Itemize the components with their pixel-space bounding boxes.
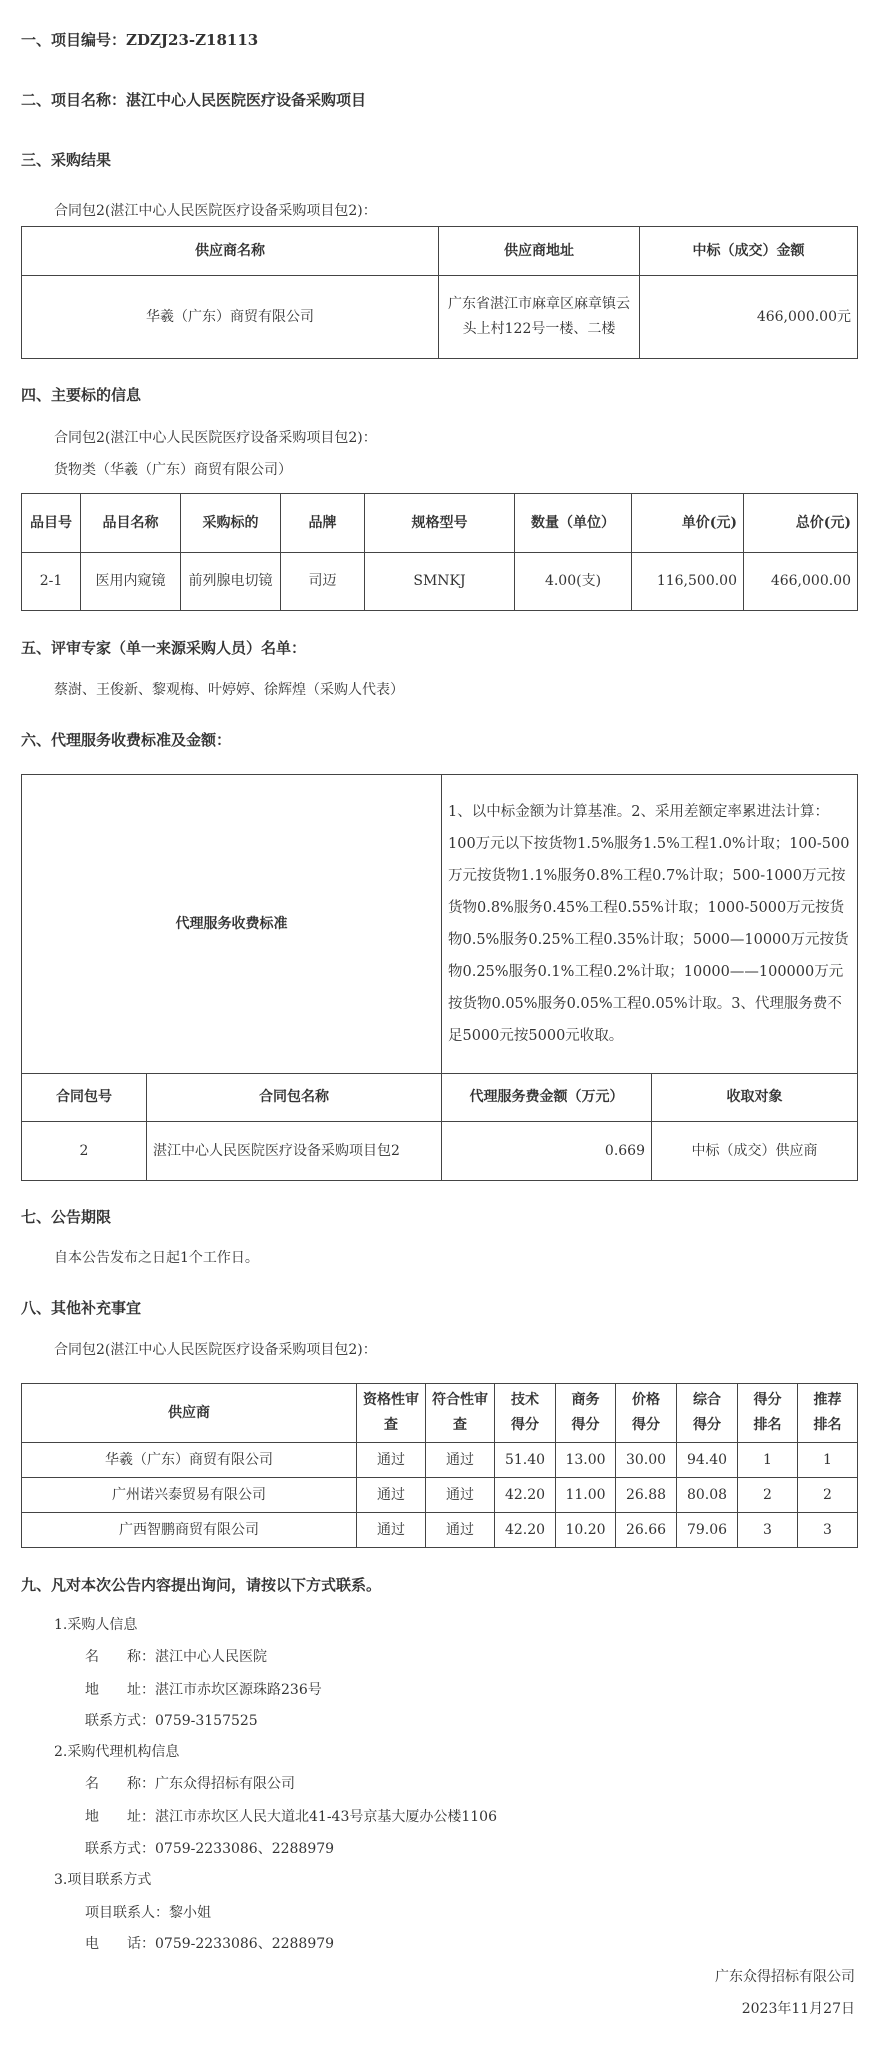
col-unit-price: 单价(元) — [632, 494, 744, 553]
address-label: 地 址： — [85, 1682, 155, 1698]
score-rank: 3 — [738, 1513, 798, 1548]
package-label: 合同包2(湛江中心人民医院医疗设备采购项目包2)： — [54, 1340, 377, 1360]
fee-standard-text: 1、以中标金额为计算基准。2、采用差额定率累进法计算：100万元以下按货物1.5… — [442, 775, 858, 1074]
signature-date: 2023年11月27日 — [742, 1999, 855, 2019]
phone-value: 0759-2233086、2288979 — [155, 1936, 334, 1952]
conformity: 通过 — [426, 1513, 495, 1548]
col-award-amount: 中标（成交）金额 — [640, 227, 858, 276]
package-label: 合同包2(湛江中心人民医院医疗设备采购项目包2)： — [54, 201, 377, 221]
agency-name: 名 称：广东众得招标有限公司 — [85, 1774, 295, 1794]
biz-score: 11.00 — [556, 1478, 616, 1513]
notice-period-text: 自本公告发布之日起1个工作日。 — [54, 1248, 259, 1268]
award-amount: 466,000.00元 — [640, 276, 858, 359]
project-number-heading: 一、项目编号：ZDZJ23-Z18113 — [21, 30, 258, 50]
fee-amount: 0.669 — [442, 1122, 652, 1181]
col-biz-score: 商务得分 — [556, 1384, 616, 1443]
table-header-row: 品目号 品目名称 采购标的 品牌 规格型号 数量（单位） 单价(元) 总价(元) — [22, 494, 858, 553]
name-value: 广东众得招标有限公司 — [155, 1776, 295, 1792]
total-score: 80.08 — [677, 1478, 738, 1513]
subject-table: 品目号 品目名称 采购标的 品牌 规格型号 数量（单位） 单价(元) 总价(元)… — [21, 493, 858, 611]
payer: 中标（成交）供应商 — [652, 1122, 858, 1181]
supplier-address: 广东省湛江市麻章区麻章镇云头上村122号一楼、二楼 — [439, 276, 640, 359]
supplier-name: 华羲（广东）商贸有限公司 — [22, 276, 439, 359]
brand: 司迈 — [281, 553, 365, 611]
phone-label: 电 话： — [85, 1936, 155, 1952]
qualification: 通过 — [357, 1443, 426, 1478]
fee-standard-table: 代理服务收费标准 1、以中标金额为计算基准。2、采用差额定率累进法计算：100万… — [21, 774, 858, 1181]
name-label: 名 称： — [85, 1776, 155, 1792]
model: SMNKJ — [365, 553, 515, 611]
conformity: 通过 — [426, 1443, 495, 1478]
total-score: 79.06 — [677, 1513, 738, 1548]
col-brand: 品牌 — [281, 494, 365, 553]
col-model: 规格型号 — [365, 494, 515, 553]
table-row: 广西智鹏商贸有限公司 通过 通过 42.20 10.20 26.66 79.06… — [22, 1513, 858, 1548]
price-score: 26.66 — [616, 1513, 677, 1548]
contact-label: 联系方式： — [85, 1841, 155, 1857]
signature-company: 广东众得招标有限公司 — [715, 1967, 855, 1987]
col-item-no: 品目号 — [22, 494, 81, 553]
package-name: 湛江中心人民医院医疗设备采购项目包2 — [147, 1122, 442, 1181]
purchaser-contact: 联系方式：0759-3157525 — [85, 1711, 258, 1731]
col-qualification: 资格性审查 — [357, 1384, 426, 1443]
supplier: 华羲（广东）商贸有限公司 — [22, 1443, 357, 1478]
table-row: 华羲（广东）商贸有限公司 通过 通过 51.40 13.00 30.00 94.… — [22, 1443, 858, 1478]
col-supplier-address: 供应商地址 — [439, 227, 640, 276]
total-score: 94.40 — [677, 1443, 738, 1478]
procurement-result-heading: 三、采购结果 — [21, 150, 111, 170]
subject: 前列腺电切镜 — [181, 553, 281, 611]
col-item-name: 品目名称 — [81, 494, 181, 553]
qualification: 通过 — [357, 1478, 426, 1513]
person-value: 黎小姐 — [169, 1905, 211, 1921]
address-value: 湛江市赤坎区人民大道北41-43号京基大厦办公楼1106 — [155, 1809, 497, 1825]
agency-info-title: 2.采购代理机构信息 — [54, 1742, 179, 1762]
table-row: 2-1 医用内窥镜 前列腺电切镜 司迈 SMNKJ 4.00(支) 116,50… — [22, 553, 858, 611]
table-header-row: 供应商名称 供应商地址 中标（成交）金额 — [22, 227, 858, 276]
item-name: 医用内窥镜 — [81, 553, 181, 611]
price-score: 30.00 — [616, 1443, 677, 1478]
table-header-row: 合同包号 合同包名称 代理服务费金额（万元） 收取对象 — [22, 1074, 858, 1122]
fee-standard-row: 代理服务收费标准 1、以中标金额为计算基准。2、采用差额定率累进法计算：100万… — [22, 775, 858, 1074]
address-value: 湛江市赤坎区源珠路236号 — [155, 1682, 322, 1698]
supplier: 广州诺兴泰贸易有限公司 — [22, 1478, 357, 1513]
project-name-heading: 二、项目名称：湛江中心人民医院医疗设备采购项目 — [21, 90, 366, 110]
col-recommend-rank: 推荐排名 — [798, 1384, 858, 1443]
price-score: 26.88 — [616, 1478, 677, 1513]
col-fee-amount: 代理服务费金额（万元） — [442, 1074, 652, 1122]
contact-heading: 九、凡对本次公告内容提出询问，请按以下方式联系。 — [21, 1575, 381, 1595]
contact-value: 0759-3157525 — [155, 1713, 258, 1729]
supplier: 广西智鹏商贸有限公司 — [22, 1513, 357, 1548]
col-payer: 收取对象 — [652, 1074, 858, 1122]
tech-score: 51.40 — [495, 1443, 556, 1478]
purchaser-info-title: 1.采购人信息 — [54, 1615, 137, 1635]
col-price-score: 价格得分 — [616, 1384, 677, 1443]
package-no: 2 — [22, 1122, 147, 1181]
item-no: 2-1 — [22, 553, 81, 611]
col-package-no: 合同包号 — [22, 1074, 147, 1122]
name-value: 湛江中心人民医院 — [155, 1649, 267, 1665]
expert-names: 蔡澍、王俊新、黎观梅、叶婷婷、徐辉煌（采购人代表） — [54, 680, 404, 700]
table-header-row: 供应商 资格性审查 符合性审查 技术得分 商务得分 价格得分 综合得分 得分排名… — [22, 1384, 858, 1443]
recommend-rank: 3 — [798, 1513, 858, 1548]
person-label: 项目联系人： — [85, 1905, 169, 1921]
tech-score: 42.20 — [495, 1478, 556, 1513]
evaluation-table: 供应商 资格性审查 符合性审查 技术得分 商务得分 价格得分 综合得分 得分排名… — [21, 1383, 858, 1548]
table-row: 广州诺兴泰贸易有限公司 通过 通过 42.20 11.00 26.88 80.0… — [22, 1478, 858, 1513]
fee-standard-label: 代理服务收费标准 — [22, 775, 442, 1074]
project-contact-phone: 电 话：0759-2233086、2288979 — [85, 1934, 334, 1954]
conformity: 通过 — [426, 1478, 495, 1513]
package-label: 合同包2(湛江中心人民医院医疗设备采购项目包2)： — [54, 428, 377, 448]
recommend-rank: 1 — [798, 1443, 858, 1478]
notice-period-heading: 七、公告期限 — [21, 1207, 111, 1227]
other-matters-heading: 八、其他补充事宜 — [21, 1298, 141, 1318]
category-label: 货物类（华羲（广东）商贸有限公司） — [54, 460, 292, 480]
total-price: 466,000.00 — [744, 553, 858, 611]
address-label: 地 址： — [85, 1809, 155, 1825]
col-total-score: 综合得分 — [677, 1384, 738, 1443]
contact-value: 0759-2233086、2288979 — [155, 1841, 334, 1857]
table-row: 2 湛江中心人民医院医疗设备采购项目包2 0.669 中标（成交）供应商 — [22, 1122, 858, 1181]
col-supplier: 供应商 — [22, 1384, 357, 1443]
tech-score: 42.20 — [495, 1513, 556, 1548]
unit-price: 116,500.00 — [632, 553, 744, 611]
biz-score: 10.20 — [556, 1513, 616, 1548]
agency-contact: 联系方式：0759-2233086、2288979 — [85, 1839, 334, 1859]
col-conformity: 符合性审查 — [426, 1384, 495, 1443]
quantity: 4.00(支) — [515, 553, 632, 611]
result-table: 供应商名称 供应商地址 中标（成交）金额 华羲（广东）商贸有限公司 广东省湛江市… — [21, 226, 858, 359]
agency-address: 地 址：湛江市赤坎区人民大道北41-43号京基大厦办公楼1106 — [85, 1807, 497, 1827]
purchaser-address: 地 址：湛江市赤坎区源珠路236号 — [85, 1680, 322, 1700]
purchaser-name: 名 称：湛江中心人民医院 — [85, 1647, 267, 1667]
agency-fee-heading: 六、代理服务收费标准及金额： — [21, 730, 231, 750]
col-supplier-name: 供应商名称 — [22, 227, 439, 276]
recommend-rank: 2 — [798, 1478, 858, 1513]
contact-label: 联系方式： — [85, 1713, 155, 1729]
col-package-name: 合同包名称 — [147, 1074, 442, 1122]
table-row: 华羲（广东）商贸有限公司 广东省湛江市麻章区麻章镇云头上村122号一楼、二楼 4… — [22, 276, 858, 359]
experts-heading: 五、评审专家（单一来源采购人员）名单： — [21, 638, 306, 658]
col-tech-score: 技术得分 — [495, 1384, 556, 1443]
qualification: 通过 — [357, 1513, 426, 1548]
col-subject: 采购标的 — [181, 494, 281, 553]
main-subject-heading: 四、主要标的信息 — [21, 385, 141, 405]
name-label: 名 称： — [85, 1649, 155, 1665]
project-contact-title: 3.项目联系方式 — [54, 1870, 151, 1890]
col-quantity: 数量（单位） — [515, 494, 632, 553]
project-contact-person: 项目联系人：黎小姐 — [85, 1903, 211, 1923]
score-rank: 1 — [738, 1443, 798, 1478]
score-rank: 2 — [738, 1478, 798, 1513]
col-total-price: 总价(元) — [744, 494, 858, 553]
col-score-rank: 得分排名 — [738, 1384, 798, 1443]
biz-score: 13.00 — [556, 1443, 616, 1478]
